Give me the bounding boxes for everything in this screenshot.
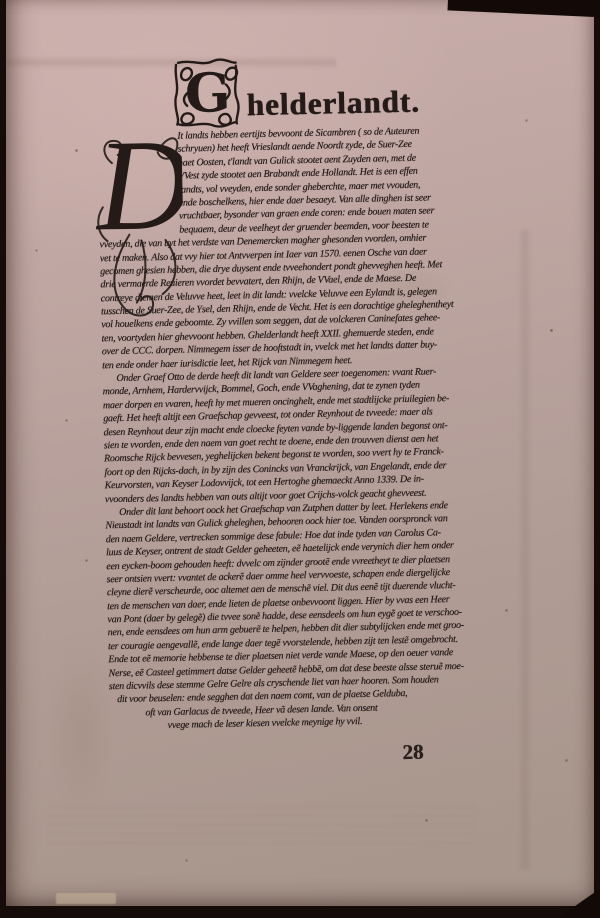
- page-content: G helderlandt. D It landts: [5, 0, 600, 912]
- page-title: helderlandt.: [246, 84, 420, 124]
- paragraph-3: Onder dit lant behoort oock het Graefsch…: [105, 498, 492, 734]
- book-page: G helderlandt. D It landts: [6, 0, 594, 906]
- paragraph-1-beside-dropcap: It landts hebben eertijts bevvoont de Si…: [97, 123, 481, 238]
- page-number: 28: [402, 740, 424, 765]
- woodcut-ornament-icon: G: [172, 57, 241, 128]
- paragraph-1-continued: vveyden, die van uyt het verdste van Den…: [99, 230, 484, 372]
- text-block: D It landts hebben eertijts bevvoont de …: [97, 123, 492, 733]
- paragraph-2: Onder Graef Otto de derde heeft dit land…: [102, 364, 487, 506]
- paper-specks: [6, 0, 7, 1]
- header-initial-letter: G: [184, 61, 231, 125]
- header-woodcut-initial: G: [172, 57, 241, 128]
